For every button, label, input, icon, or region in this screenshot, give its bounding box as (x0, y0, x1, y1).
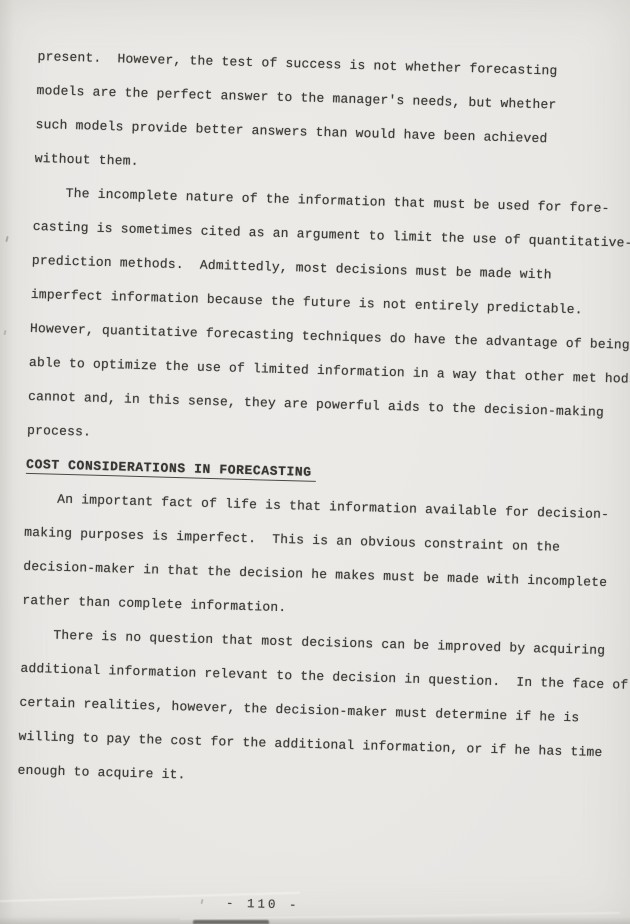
scan-edge-shadow (0, 917, 630, 924)
scan-tick-mark (5, 236, 8, 242)
page-number: - 110 - (226, 897, 300, 913)
section-heading: COST CONSIDERATIONS IN FORECASTING (26, 457, 316, 482)
scan-edge-smudge (193, 920, 269, 924)
scanned-document-page: present. However, the test of success is… (0, 0, 630, 924)
typewritten-text-block: present. However, the test of success is… (17, 40, 630, 804)
scan-tick-mark (200, 899, 203, 904)
scan-tick-mark (3, 330, 6, 335)
